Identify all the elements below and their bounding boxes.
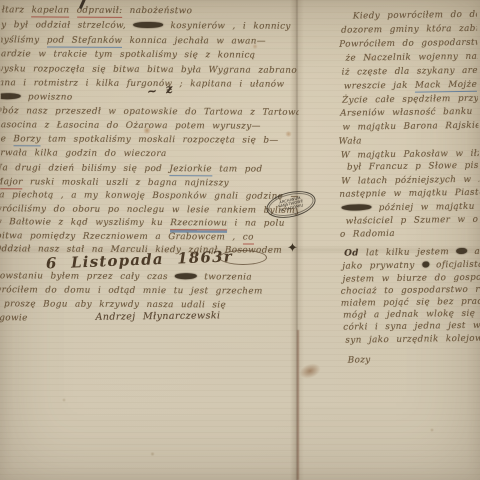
manuscript-line: W majątku Pakosław w iłżec — [341, 149, 480, 161]
left-page-text: ołtarz kapelan odprawił: nabożeństwony b… — [0, 0, 299, 480]
handwritten-text: właściciel p Szumer w o — [346, 215, 479, 227]
ink-blot — [175, 273, 197, 279]
manuscript-line: chociaż to gospodarstwo rolne — [341, 284, 480, 296]
handwritten-text: Łasocina z Łasocina do Ożarowa potem wyr… — [0, 120, 261, 131]
annotated-word: Borzy — [13, 134, 41, 146]
annotated-word: odprawił: — [77, 6, 123, 18]
handwritten-text: tana i rotmistrz i kilka furgonów ; kapi… — [0, 78, 284, 90]
manuscript-line: tana i rotmistrz i kilka furgonów ; kapi… — [0, 78, 284, 90]
handwritten-text: wróciliśmy do oboru po noclegu w lesie r… — [0, 204, 299, 216]
annotated-word: Major — [0, 177, 23, 189]
handwritten-text: Wała — [339, 136, 362, 146]
manuscript-line: powstaniu byłem przez cały czas tworzeni… — [0, 271, 252, 282]
manuscript-line: że Naczelnik wojenny naznaczył — [345, 51, 480, 63]
manuscript-line: Arseniów własność banku pol — [340, 107, 480, 119]
handwritten-text: kosynierów , i konnicy — [163, 21, 291, 32]
handwritten-text: jestem w biurze do gospodar — [342, 272, 480, 284]
handwritten-text: powiszno — [21, 92, 73, 102]
manuscript-line: Obóz nasz przeszedł w opatowskie do Tart… — [0, 106, 299, 118]
handwritten-text: konnica jechała w awan— — [122, 36, 266, 47]
handwritten-text: wysku rozpoczęła się bitwa bitwa była Wy… — [0, 64, 297, 76]
manuscript-line: Na drugi dzień biliśmy się pod Jeziorkie… — [0, 163, 263, 174]
handwritten-text: ogowie — [0, 313, 28, 323]
handwritten-text: że Naczelnik wojenny naznaczył — [345, 51, 480, 63]
handwritten-text: Obóz nasz przeszedł w opatowskie do Tart… — [0, 106, 299, 118]
manuscript-line: bitwa pomiędzy Rzeczniowem a Grabowcem ,… — [0, 231, 254, 242]
foxing-spot — [368, 55, 373, 60]
annotated-word: Rzeczniowu — [170, 218, 227, 230]
handwritten-text: za piechotą , a my konwoję Bosponków gna… — [0, 190, 299, 202]
handwritten-text — [69, 6, 76, 16]
handwritten-text: ruski moskali uszli z bagna najnizszy — [23, 177, 229, 188]
manuscript-line: wreszcie jak Mack Mojże — [344, 80, 477, 92]
handwritten-text: później w majątku Ol — [371, 202, 480, 214]
manuscript-line: jako prywatny oficjalista — [342, 260, 480, 272]
handwritten-text: Życie całe spędziłem przy gosp — [342, 93, 480, 105]
handwritten-text: następnie w majątku Piastów g — [339, 187, 480, 199]
handwritten-text: Kiedy powróciłem do domu — [353, 9, 480, 21]
foxing-spot — [150, 452, 155, 456]
manuscript-line: właściciel p Szumer w o — [346, 215, 479, 227]
manuscript-line: syn jako urzędnik kolejowy z — [345, 333, 480, 345]
manuscript-line: iż częste dla szykany areszto — [342, 65, 480, 77]
handwritten-text: trwała kilka godzin do wieczora — [0, 148, 167, 159]
handwritten-text: o Radomia — [340, 229, 395, 240]
handwritten-text: córki i syna jedna jest wdową i — [343, 320, 480, 332]
ink-blot — [133, 22, 163, 28]
ink-blot — [0, 93, 21, 99]
handwritten-text: myśliśmy — [0, 35, 47, 45]
manuscript-line: Powróciłem do gospodarstwa i — [339, 37, 480, 49]
manuscript-line: gardzie w trakcie tym spotkaliśmy się z … — [0, 49, 255, 60]
handwritten-text: powstaniu byłem przez cały czas — [0, 271, 175, 282]
handwritten-text: był Francuz p Słowe pisa — [347, 161, 480, 173]
manuscript-photo: ołtarz kapelan odprawił: nabożeństwony b… — [0, 0, 480, 480]
manuscript-line: ołtarz kapelan odprawił: nabożeństwo — [0, 5, 192, 16]
handwritten-text: ny był oddział strzelców, — [0, 20, 133, 31]
handwritten-text: i proszę Bogu aby krzywdy nasza udali si… — [0, 299, 226, 310]
manuscript-line: ogowie — [0, 313, 28, 323]
manuscript-line: Bozy — [348, 355, 371, 365]
manuscript-line: myśliśmy pod Stefanków konnica jechała w… — [0, 35, 266, 46]
handwritten-text: tworzenia — [197, 272, 252, 282]
manuscript-line: Życie całe spędziłem przy gosp — [342, 93, 480, 105]
manuscript-line: o Radomia — [340, 229, 395, 240]
handwritten-text: ne — [0, 134, 13, 144]
manuscript-line: Kiedy powróciłem do domu — [353, 9, 480, 21]
manuscript-line: miałem pojąć się bez pracy nie — [341, 296, 480, 308]
manuscript-line: Major ruski moskali uszli z bagna najniz… — [0, 177, 229, 188]
manuscript-line: wróciłem do domu i odtąd mnie tu jest gr… — [0, 285, 263, 296]
manuscript-line: W latach późniejszych w Zub — [341, 174, 480, 186]
handwritten-text: bitwa pomiędzy Rzeczniowem a Grabowcem , — [0, 231, 243, 242]
handwritten-text: Bozy — [348, 355, 371, 365]
manuscript-line: jestem w biurze do gospodar — [342, 272, 480, 284]
foxing-spot — [430, 428, 434, 432]
handwritten-text: Andrzej Młynarczewski — [96, 310, 221, 323]
handwritten-text: syn jako urzędnik kolejowy z — [345, 333, 480, 345]
handwritten-text: iż częste dla szykany areszto — [342, 65, 480, 77]
foxing-spot — [62, 398, 66, 402]
handwritten-text: chociaż to gospodarstwo rolne — [341, 284, 480, 296]
handwritten-text: ołtarz — [0, 5, 32, 15]
handwritten-text: wreszcie jak — [344, 81, 415, 92]
handwritten-text: W latach późniejszych w Zub — [341, 174, 480, 186]
manuscript-line: Łasocina z Łasocina do Ożarowa potem wyr… — [0, 120, 261, 131]
handwritten-text: jako prywatny — [342, 261, 422, 272]
manuscript-line: i proszę Bogu aby krzywdy nasza udali si… — [0, 299, 226, 310]
foxing-spot — [143, 127, 151, 134]
center-fold-lower-line — [297, 330, 299, 480]
manuscript-line: w Bałtowie z kąd wyszliśmy ku Rzeczniowu… — [0, 217, 285, 229]
handwritten-text: Arseniów własność banku pol — [340, 107, 480, 119]
right-page-text: Kiedy powróciłem do domudozorem gminy kt… — [297, 0, 480, 480]
handwritten-text: W majątku Pakosław w iłżec — [341, 149, 480, 161]
signature-line: Andrzej Młynarczewski — [96, 311, 221, 323]
manuscript-line: powiszno — [0, 92, 73, 102]
manuscript-line: później w majątku Ol — [341, 202, 480, 214]
ink-blot — [422, 261, 429, 267]
handwritten-text: ~ ƶ — [146, 81, 174, 98]
annotated-word: Mack Mojże — [415, 80, 477, 93]
manuscript-line: wróciliśmy do oboru po noclegu w lesie r… — [0, 204, 299, 216]
handwritten-text: miałem pojąć się bez pracy nie — [341, 296, 480, 308]
annotated-word: pod Stefanków — [47, 35, 123, 47]
annotated-word: co — [243, 232, 254, 244]
annotated-word: kapelan — [32, 5, 70, 17]
handwritten-text: w Bałtowie z kąd wyszliśmy ku — [0, 217, 170, 228]
manuscript-line: dozorem gminy która zabrali — [341, 24, 480, 36]
handwritten-text: gardzie w trakcie tym spotkaliśmy się z … — [0, 49, 255, 60]
manuscript-line: w majątku Barona Rajskiego — [342, 121, 480, 133]
handwritten-text: nabożeństwo — [122, 6, 192, 16]
handwritten-text: tam spotkaliśmy moskali rozpoczęta się b… — [41, 134, 279, 145]
manuscript-line: mógł a jednak wlokę się i ży — [343, 308, 480, 320]
handwritten-text: wróciłem do domu i odtąd mnie tu jest gr… — [0, 285, 263, 296]
foxing-spot — [285, 131, 292, 137]
manuscript-line: Wała — [339, 136, 362, 146]
handwritten-text: tam pod — [212, 164, 263, 174]
manuscript-line: wysku rozpoczęła się bitwa bitwa była Wy… — [0, 64, 297, 76]
flourish-line: ~ ƶ — [146, 83, 173, 96]
handwritten-text: mógł a jednak wlokę się i ży — [343, 308, 480, 320]
manuscript-line: był Francuz p Słowe pisa — [347, 161, 480, 173]
foxing-spot — [252, 44, 258, 49]
fold-cross-mark: ✦ — [287, 241, 298, 256]
manuscript-line: za piechotą , a my konwoję Bosponków gna… — [0, 190, 299, 202]
ink-oval-annotation — [219, 250, 267, 265]
manuscript-line: córki i syna jedna jest wdową i — [343, 320, 480, 332]
handwritten-text: Powróciłem do gospodarstwa i — [339, 37, 480, 49]
manuscript-line: ny był oddział strzelców, kosynierów , i… — [0, 20, 291, 32]
handwritten-text: oficjalista — [429, 260, 480, 271]
manuscript-line: trwała kilka godzin do wieczora — [0, 148, 167, 159]
handwritten-text: Na drugi dzień biliśmy się pod — [0, 163, 169, 174]
annotated-word: Jeziorkie — [169, 164, 212, 176]
manuscript-line: ne Borzy tam spotkaliśmy moskali rozpocz… — [0, 134, 279, 145]
handwritten-text: w majątku Barona Rajskiego — [342, 121, 480, 133]
handwritten-text: dozorem gminy która zabrali — [341, 24, 480, 36]
manuscript-line: następnie w majątku Piastów g — [339, 187, 480, 199]
ink-blot — [342, 204, 372, 210]
